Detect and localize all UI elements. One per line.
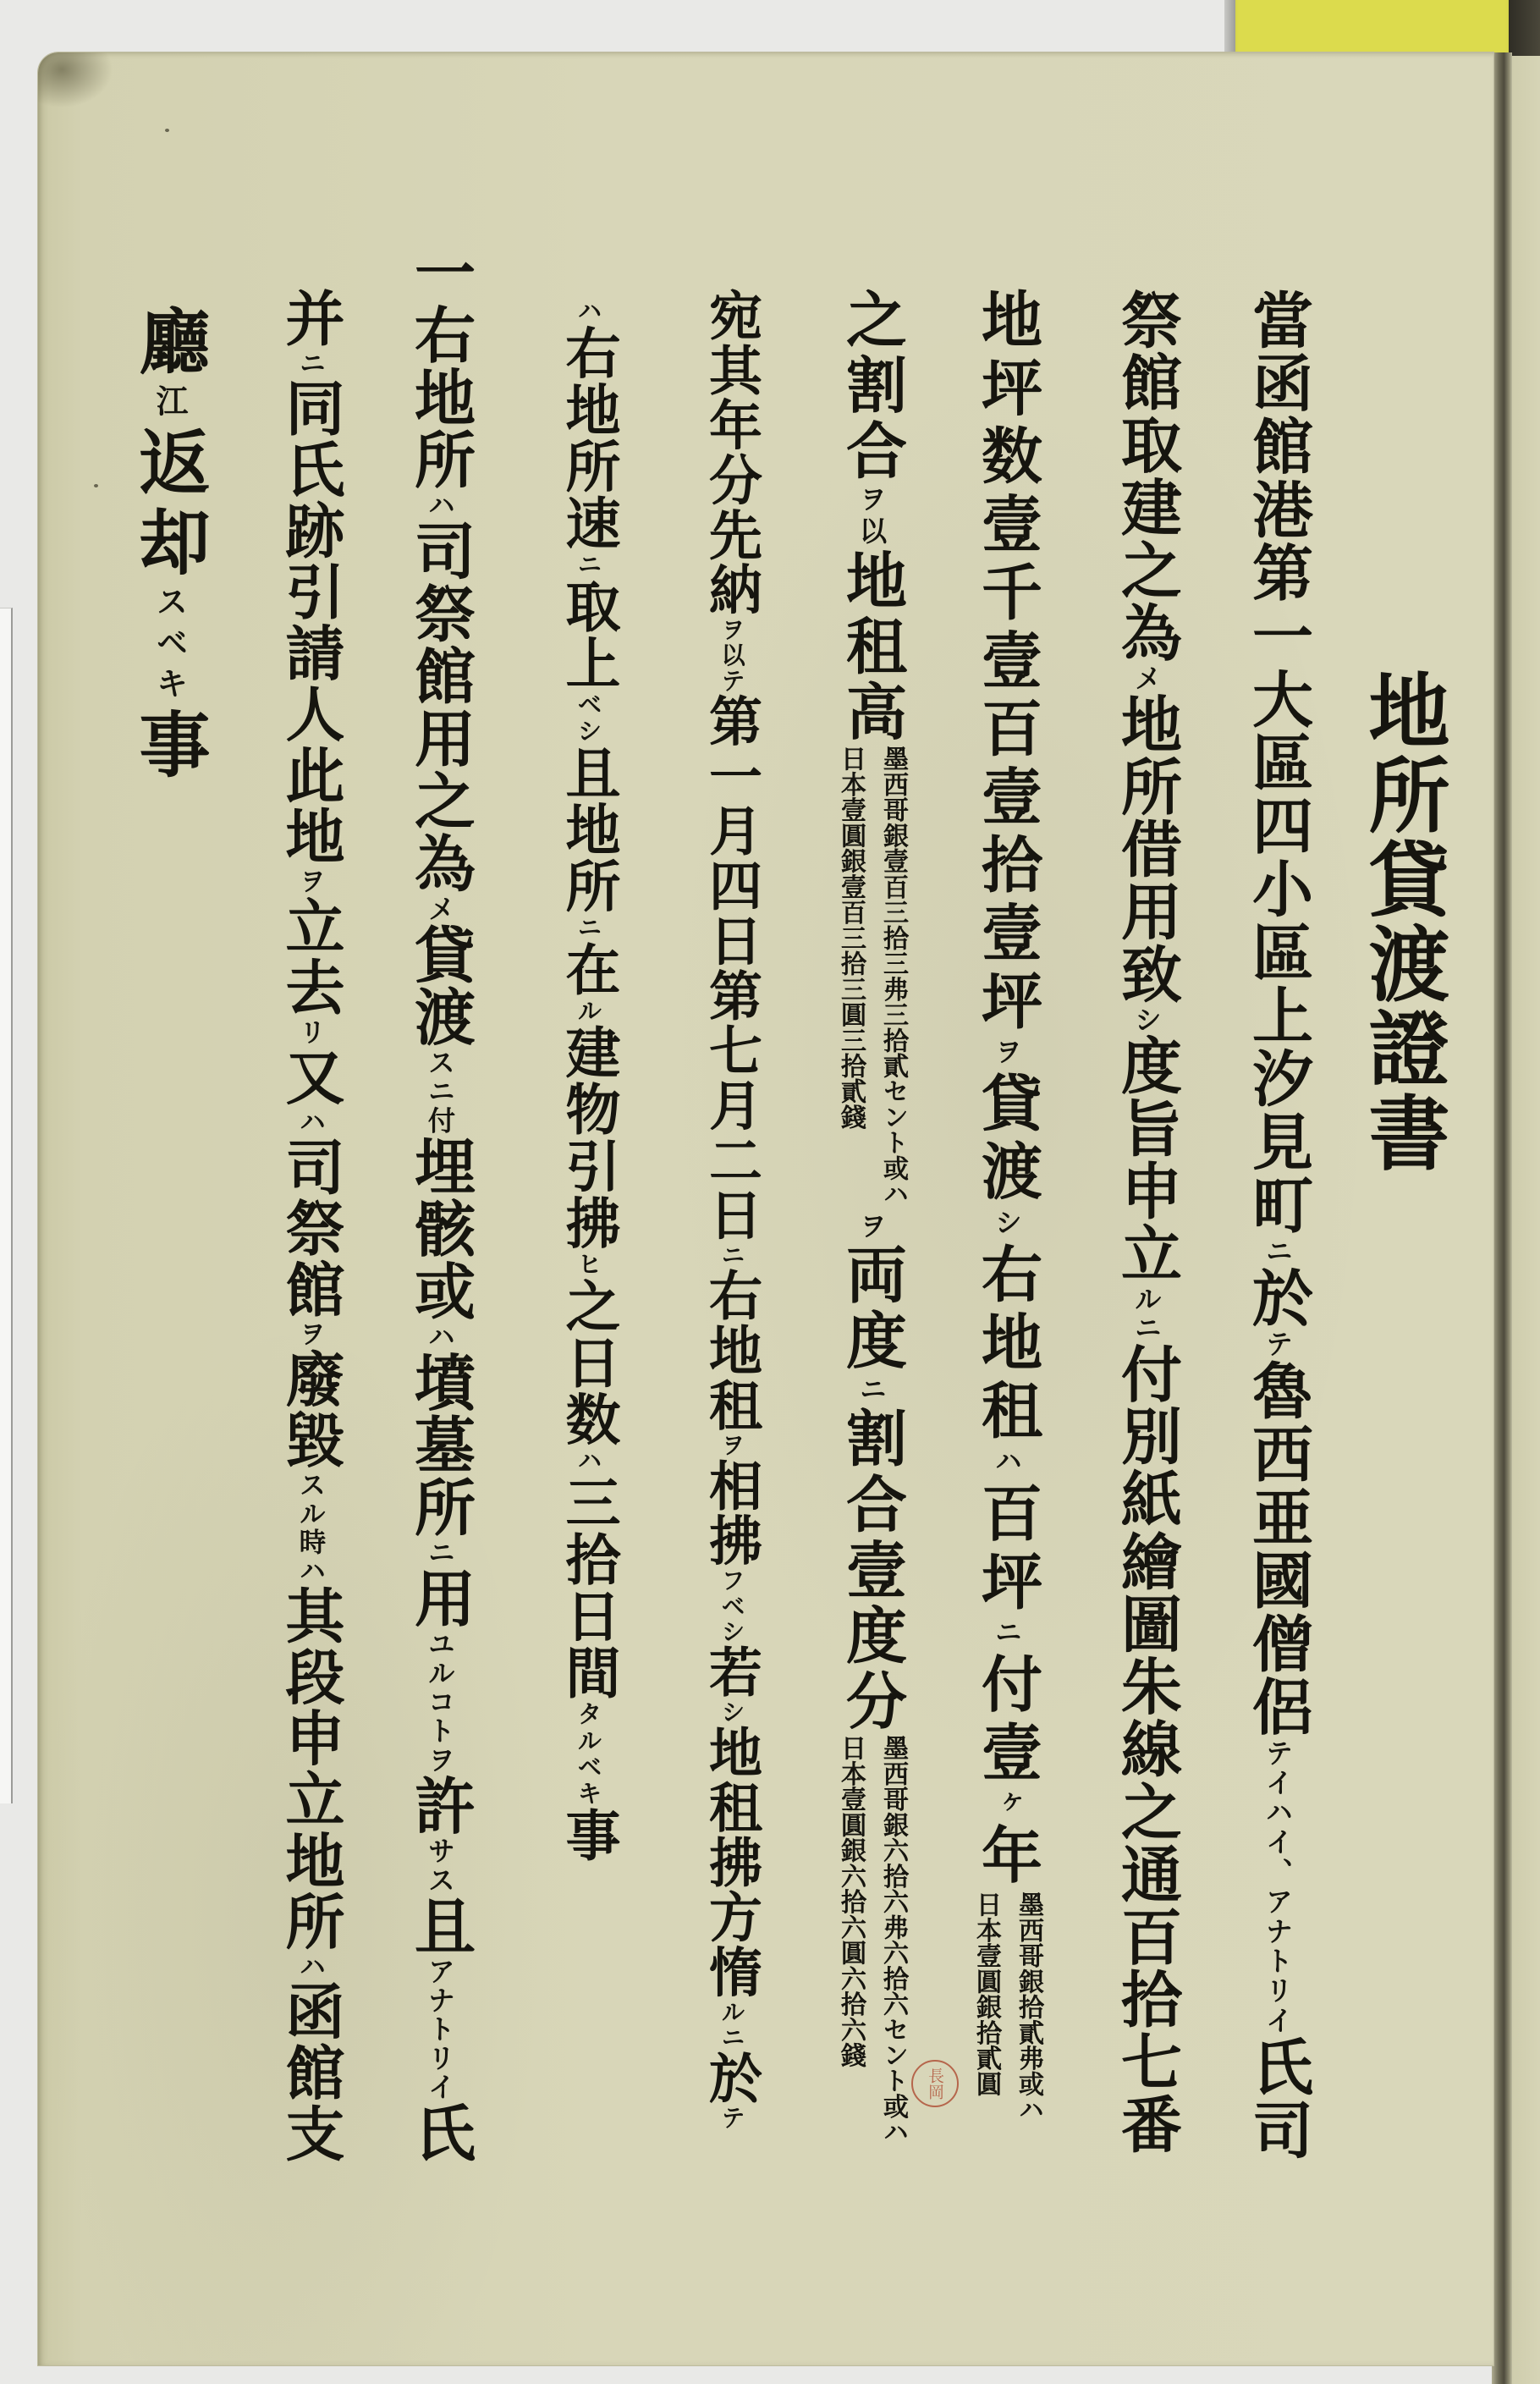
main-text: 之日数 (556, 1277, 620, 1447)
text-column-2: 祭館取建之為メ地所借用致シ度旨申立ルニ付別紙繪圖朱線之通百拾七番 (1096, 289, 1197, 2154)
small-kana: ニ (991, 1618, 1023, 1653)
main-text: 地租拂方惰 (701, 1725, 763, 1999)
small-kana: リ (295, 1018, 327, 1047)
main-text: 年 (971, 1823, 1043, 1891)
small-kana: シ (718, 1699, 746, 1725)
binding-shadow (1509, 0, 1540, 59)
main-text: 埋骸或 (404, 1135, 476, 1322)
main-text: 廳 (128, 305, 212, 384)
main-text: 度旨申立 (1111, 1034, 1183, 1285)
small-kana: メ (1130, 663, 1163, 692)
page-fold-gutter (1492, 52, 1512, 2384)
annotation-right-line: 墨西哥銀拾貳弗或ハ (1007, 1891, 1049, 2122)
main-text: 宛其年分先納 (701, 288, 763, 617)
main-text: 且地所 (556, 744, 620, 914)
small-kana: ルニ (1130, 1285, 1163, 1343)
small-kana: ハ (574, 1448, 602, 1474)
small-kana: ハ (295, 1108, 327, 1137)
small-kana: シ (991, 1208, 1023, 1242)
main-text: 右地所速 (556, 324, 620, 551)
main-text: 用 (404, 1567, 476, 1630)
main-text: 若 (701, 1644, 763, 1699)
main-text: 地租高 (836, 549, 908, 746)
small-kana: テ (718, 2106, 746, 2129)
small-kana: ニ (718, 1242, 746, 1268)
main-text: 事 (128, 707, 212, 779)
main-text: 相拂 (701, 1458, 763, 1568)
small-kana: ニ (1262, 1236, 1294, 1266)
main-text: 三拾日間 (556, 1474, 620, 1701)
title-text: 地所貸渡證書 (1356, 669, 1451, 1172)
small-kana: シ (1130, 1005, 1163, 1034)
text-column-9: 廳江返却スベキ事 (118, 305, 220, 779)
main-text: 之割合 (836, 288, 908, 485)
main-text: 貸渡 (971, 1071, 1043, 1208)
main-text: 氏 (404, 2101, 476, 2162)
main-text: 司祭館用之為 (404, 520, 476, 895)
adjacent-page-edge (1512, 56, 1540, 2384)
small-kana: スル時ハ (295, 1471, 327, 1585)
main-text: 函館支 (276, 1981, 346, 2163)
text-column-5: 宛其年分先納ヲ以テ第一月四日第七月二日ニ右地租ヲ相拂フベシ若シ地租拂方惰ルニ於テ (681, 288, 783, 2129)
small-kana: 江 (151, 384, 188, 425)
small-kana: ユルコトヲ (424, 1630, 456, 1775)
annotation-left-line: 日本壹圓銀壹百三拾三圓三拾貳錢 (829, 746, 872, 1206)
small-kana: スベキ (151, 585, 188, 707)
main-text: 其段申立地所 (276, 1585, 346, 1952)
small-kana: スニ付 (424, 1048, 456, 1134)
text-column-7: 一右地所ハ司祭館用之為メ貸渡スニ付埋骸或ハ墳墓所ニ用ユルコトヲ許サス且アナトリイ… (389, 241, 491, 2162)
small-kana: ヲ (991, 1037, 1023, 1071)
main-text: 付壹 (971, 1653, 1043, 1789)
small-kana: ニ (855, 1374, 888, 1407)
small-kana: ニ (424, 1539, 456, 1567)
annotation-right-line: 墨西哥銀壹百三拾三弗三拾貳セント或ハ (872, 746, 914, 1206)
text-column-4: 之割合ヲ以地租高墨西哥銀壹百三拾三弗三拾貳セント或ハ日本壹圓銀壹百三拾三圓三拾貳… (821, 288, 922, 2144)
main-text: 且 (404, 1895, 476, 1957)
small-kana: ベシ (574, 691, 602, 745)
main-text: 廢毀 (276, 1348, 346, 1471)
main-text: 於 (1242, 1266, 1314, 1330)
text-column-1: 當函館港第一大區四小區上汐見町ニ於テ魯西亜國僧侶テイハイ、アナトリイ氏司 (1227, 289, 1328, 2160)
annotation-left-line: 日本壹圓銀六拾六圓六拾六錢 (829, 1735, 872, 2144)
main-text: 右地租 (701, 1268, 763, 1433)
small-kana: フベシ (718, 1568, 746, 1645)
red-seal-stamp: 長岡 (911, 2060, 959, 2107)
main-text: 於 (701, 2051, 763, 2106)
small-kana: ハ (424, 1322, 456, 1351)
seal-text: 長岡 (926, 2067, 944, 2100)
small-kana: ヲ (718, 1433, 746, 1458)
main-text: 一右地所 (404, 241, 476, 491)
text-column-3: 地坪数壹千壹百壹拾壹坪ヲ貸渡シ右地租ハ百坪ニ付壹ヶ年墨西哥銀拾貳弗或ハ日本壹圓銀… (956, 288, 1058, 2122)
text-column-8: 并ニ同氏跡引請人此地ヲ立去リ又ハ司祭館ヲ廢毀スル時ハ其段申立地所ハ函館支 (260, 288, 361, 2162)
small-kana: ヒ (574, 1251, 602, 1277)
main-text: 地所借用致 (1111, 693, 1183, 1005)
small-kana: ハ (574, 298, 602, 324)
annotation-right-line: 墨西哥銀六拾六弗六拾六セント或ハ (872, 1735, 914, 2144)
ink-speck (94, 484, 98, 487)
small-kana: ヲ (295, 867, 327, 895)
text-column-6: ハ右地所速ニ取上ベシ且地所ニ在ル建物引拂ヒ之日数ハ三拾日間タルベキ事 (537, 298, 639, 1862)
annotation-left-line: 日本壹圓銀拾貳圓 (965, 1891, 1007, 2122)
small-kana: テ (1262, 1330, 1294, 1359)
main-text: 割合壹度分 (836, 1407, 908, 1735)
main-text: 両度 (836, 1243, 908, 1374)
document-title: 地所貸渡證書 (1352, 669, 1454, 1172)
small-kana: ハ (295, 1952, 327, 1981)
inline-annotation: 墨西哥銀拾貳弗或ハ日本壹圓銀拾貳圓 (965, 1891, 1049, 2122)
small-kana: ヲ以 (855, 485, 888, 549)
small-kana: ヲ (295, 1320, 327, 1349)
main-text: 立去 (276, 895, 346, 1018)
main-text: 并 (276, 288, 346, 349)
small-kana: ニ (574, 914, 602, 940)
small-kana: ハ (991, 1447, 1023, 1482)
underlying-sheet-edge (0, 608, 13, 1803)
main-text: 當函館港第一大區四小區上汐見町 (1242, 289, 1314, 1236)
inline-annotation: 墨西哥銀六拾六弗六拾六セント或ハ日本壹圓銀六拾六圓六拾六錢 (829, 1735, 914, 2144)
small-kana: ニ (574, 551, 602, 577)
main-text: 魯西亜國僧侶 (1242, 1359, 1314, 1738)
small-kana: ハ (424, 491, 456, 520)
small-kana: タルベキ (574, 1701, 602, 1807)
small-kana: ヲ以テ (718, 617, 746, 694)
main-text: 墳墓所 (404, 1351, 476, 1538)
small-kana: ルニ (718, 1999, 746, 2050)
small-kana: メ (424, 895, 456, 923)
main-text: 付別紙繪圖朱線之通百拾七番 (1111, 1342, 1183, 2154)
main-text: 百坪 (971, 1482, 1043, 1618)
main-text: 建物引拂 (556, 1024, 620, 1251)
main-text: 又 (276, 1047, 346, 1108)
small-kana: アナトリイ (424, 1957, 456, 2101)
small-kana: ヲ (855, 1207, 888, 1244)
main-text: 事 (556, 1807, 620, 1862)
small-kana: ヶ (991, 1788, 1023, 1823)
main-text: 返却 (128, 426, 212, 586)
main-text: 司祭館 (276, 1137, 346, 1320)
main-text: 第一月四日第七月二日 (701, 694, 763, 1242)
main-text: 在 (556, 941, 620, 998)
inline-annotation: 墨西哥銀壹百三拾三弗三拾貳セント或ハ日本壹圓銀壹百三拾三圓三拾貳錢 (829, 746, 914, 1206)
small-kana: ニ (295, 349, 327, 377)
main-text: 右地租 (971, 1242, 1043, 1446)
main-text: 祭館取建之為 (1111, 289, 1183, 663)
small-kana: ル (574, 998, 602, 1024)
ink-speck (165, 129, 169, 132)
main-text: 許 (404, 1774, 476, 1836)
yellow-index-tab (1235, 0, 1509, 58)
main-text: 貸渡 (404, 923, 476, 1049)
main-text: 氏司 (1242, 2035, 1314, 2160)
main-text: 地坪数壹千壹百壹拾壹坪 (971, 288, 1043, 1037)
tab-shadow (1224, 0, 1235, 56)
small-kana: サス (424, 1836, 456, 1894)
main-text: 取上 (556, 578, 620, 691)
small-kana: テイハイ、アナトリイ (1262, 1738, 1294, 2035)
main-text: 同氏跡引請人此地 (276, 377, 346, 867)
